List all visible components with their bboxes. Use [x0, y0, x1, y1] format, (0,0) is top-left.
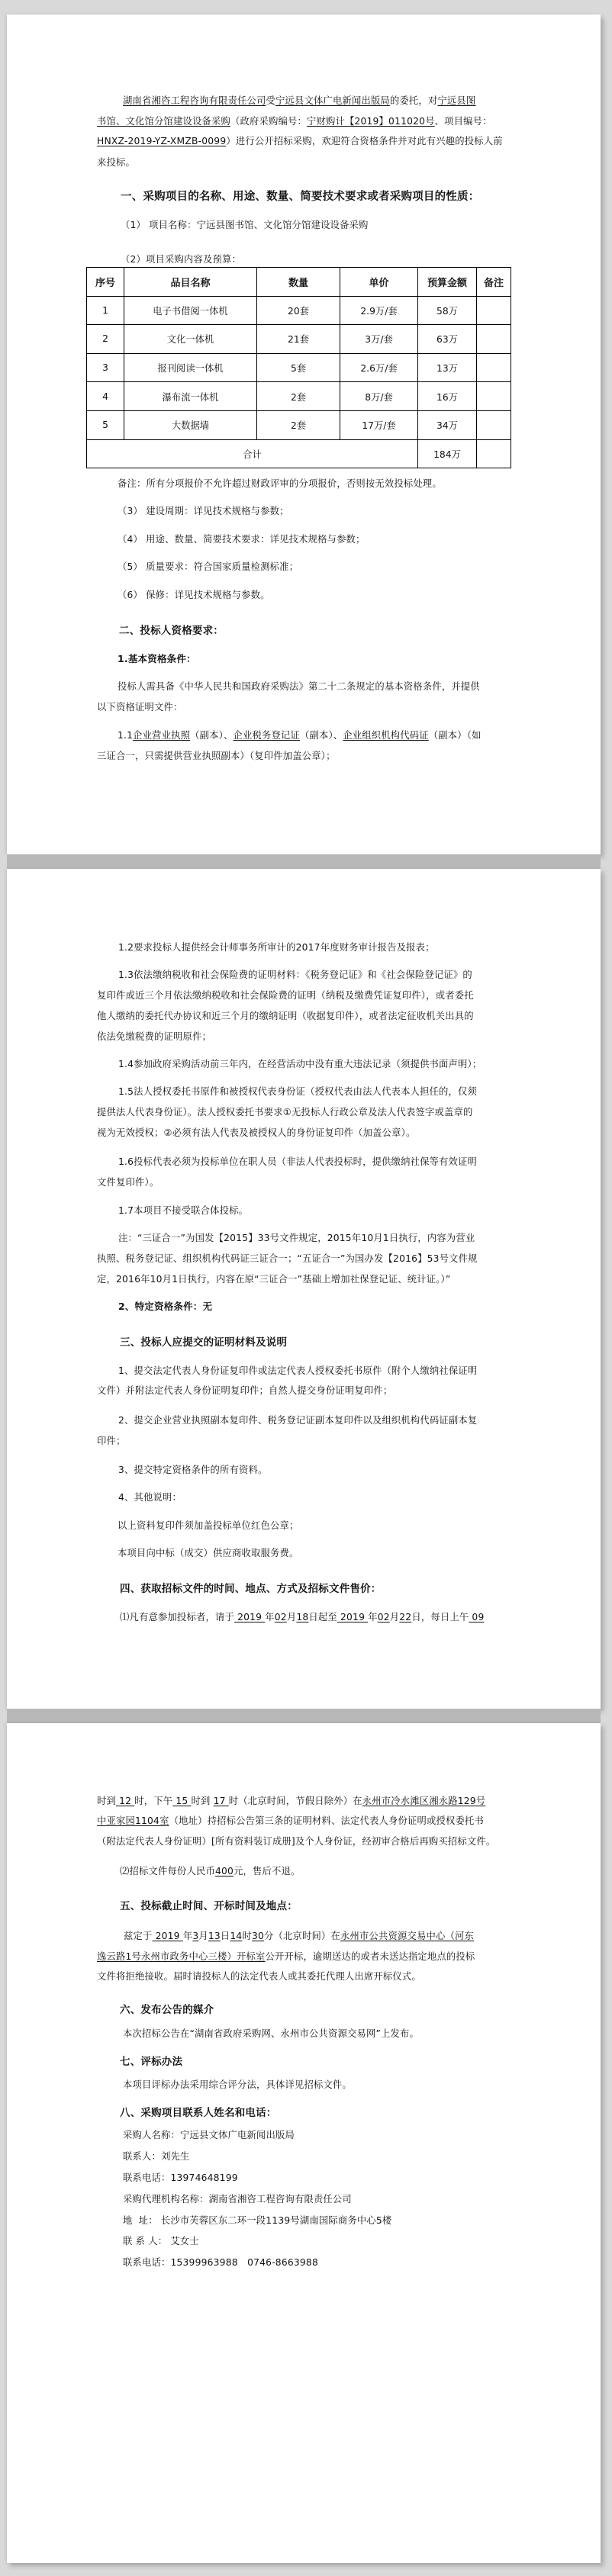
section-6-heading: 六、发布公告的媒介 [120, 2003, 214, 2017]
other-note-1: 以上资料复印件须加盖投标单位红色公章； [118, 1520, 298, 1532]
material-2-line-2: 印件； [97, 1435, 126, 1447]
basic-qualification-title: 1.基本资格条件： [118, 653, 196, 665]
budget-caption: （2）项目采购内容及预算： [121, 253, 241, 265]
client-name: 宁远县文体广电新闻出版局 [275, 95, 390, 106]
total-label: 合计 [87, 439, 418, 468]
material-2-line-1: 2、提交企业营业执照副本复印件、税务登记证副本复印件以及组织机构代码证副本复 [118, 1414, 477, 1426]
section-1-heading: 一、采购项目的名称、用途、数量、简要技术要求或者采购项目的性质： [121, 190, 479, 204]
clause-1-6-line-2: 文件复印件）。 [97, 1176, 159, 1188]
evaluation-text: 本项目评标办法采用综合评分法，具体详见招标文件。 [123, 2079, 352, 2091]
clause-1-1-line-1: 1.1企业营业执照（副本）、企业税务登记证（副本）、企业组织机构代码证（副本）（… [118, 729, 482, 741]
obtain-docs-line-2: 时到 12 时，下午 15 时到 17 时（北京时间，节假日除外）在永州市冷水滩… [97, 1795, 485, 1807]
item-warranty: （6） 保修：详见技术规格与参数。 [118, 589, 270, 601]
item-construction-period: （3） 建设周期：详见技术规格与参数； [118, 505, 289, 517]
intro-line-4: 来投标。 [97, 156, 135, 169]
total-value: 184万 [418, 439, 477, 468]
clause-1-5-line-3: 视为无效授权；②必须有法人代表及被授权人的身份证复印件（加盖公章）。 [97, 1127, 415, 1139]
obtain-docs-line-3: 中亚家园1104室（地址）持招标公告第三条的证明材料、法定代表人身份证明或授权委… [97, 1815, 484, 1827]
project-number: HNXZ-2019-YZ-XMZB-0099 [97, 136, 226, 146]
agency-name-line: 采购代理机构名称：湖南省湘咨工程咨询有限责任公司 [123, 2193, 352, 2205]
purchaser-name: 采购人名称：宁远县文体广电新闻出版局 [123, 2129, 295, 2141]
purchaser-phone: 联系电话：13974648199 [123, 2172, 238, 2184]
table-row: 2 文化一体机 21套 3万/套 63万 [87, 325, 511, 354]
clause-1-2: 1.2要求投标人提供经会计师事务所审计的2017年度财务审计报告及报表； [118, 941, 435, 954]
agency-contact: 联 系 人： 艾女士 [123, 2235, 199, 2247]
clause-1-7: 1.7本项目不接受联合体投标。 [118, 1204, 248, 1217]
project-name-cont: 书馆、文化馆分馆建设设备采购 [97, 116, 230, 127]
other-note-2: 本项目向中标（成交）供应商收取服务费。 [118, 1547, 298, 1559]
agency-address: 地 址： 长沙市芙蓉区东二环一段1139号湖南国际商务中心5楼 [123, 2214, 391, 2227]
bid-opening-line-2: 逸云路1号永州市政务中心三楼）开标室公开开标，逾期送达的或者未送达指定地点的投标 [97, 1950, 475, 1963]
table-total-row: 合计 184万 [87, 439, 511, 468]
page-3 [7, 1723, 601, 2563]
note-line-1: 注：“三证合一”为国发【2015】33号文件规定，2015年10月1日执行，内容… [118, 1232, 475, 1244]
table-row: 3 报刊阅读一体机 5套 2.6万/套 13万 [87, 353, 511, 382]
section-7-heading: 七、评标办法 [120, 2055, 182, 2069]
clause-1-6-line-1: 1.6投标代表必须为投标单位在职人员（非法人代表投标时，提供缴纳社保等有效证明 [118, 1156, 477, 1168]
budget-remark: 备注：所有分项报价不允许超过财政评审的分项报价，否则按无效投标处理。 [118, 478, 442, 490]
project-name-item: （1） 项目名称：宁远县图书馆、文化馆分馆建设设备采购 [121, 219, 369, 231]
project-name: 宁远县图 [437, 95, 475, 106]
material-4: 4、其他说明： [118, 1491, 182, 1503]
bid-opening-line-1: 兹定于 2019 年3月13日14时30分（北京时间）在永州市公共资源交易中心（… [124, 1930, 474, 1942]
table-row: 5 大数据墙 2套 17万/套 34万 [87, 410, 511, 439]
qualification-intro-2: 以下资格证明文件： [97, 701, 182, 713]
material-1-line-2: 文件）并附法定代表人身份证明复印件；自然人提交身份证明复印件； [97, 1384, 392, 1397]
table-row: 1 电子书借阅一体机 20套 2.9万/套 58万 [87, 296, 511, 325]
clause-1-5-line-1: 1.5法人授权委托书原件和被授权代表身份证（授权代表由法人代表本人担任的，仅须 [118, 1085, 477, 1098]
table-header-row: 序号 品目名称 数量 单价 预算金额 备注 [87, 268, 511, 297]
header-item-name: 品目名称 [124, 268, 257, 297]
bid-opening-line-3: 文件将拒绝接收。届时请投标人的法定代表人或其委托代理人出席开标仪式。 [97, 1970, 421, 1983]
material-3: 3、提交特定资格条件的所有资料。 [118, 1464, 267, 1476]
special-qualification: 2、特定资格条件：无 [118, 1301, 212, 1313]
clause-1-3-line-1: 1.3依法缴纳税收和社会保险费的证明材料：《税务登记证》和《社会保险登记证》的 [118, 969, 472, 981]
bid-opening-place: 永州市公共资源交易中心（河东 [340, 1931, 474, 1941]
document-price: ⑵招标文件每份人民币400元，售后不退。 [120, 1865, 301, 1877]
item-usage: （4） 用途、数量、简要技术要求：详见技术规格与参数； [118, 533, 366, 545]
gov-procurement-number: 宁财购计【2019】011020号 [307, 116, 435, 127]
section-5-heading: 五、投标截止时间、开标时间及地点： [120, 1899, 298, 1913]
page-gap [7, 854, 601, 869]
header-budget: 预算金额 [418, 268, 477, 297]
header-remark: 备注 [477, 268, 511, 297]
material-1-line-1: 1、提交法定代表人身份证复印件或法定代表人授权委托书原件（附个人缴纳社保证明 [118, 1365, 477, 1377]
header-unit-price: 单价 [340, 268, 418, 297]
section-4-heading: 四、获取招标文件的时间、地点、方式及招标文件售价： [120, 1582, 382, 1596]
budget-table: 序号 品目名称 数量 单价 预算金额 备注 1 电子书借阅一体机 20套 2.9… [86, 267, 511, 468]
clause-1-1-line-2: 三证合一，只需提供营业执照副本）（复印件加盖公章）； [97, 750, 336, 762]
note-line-2: 执照、税务登记证、组织机构代码证三证合一；“五证合一”为国办发【2016】53号… [97, 1253, 478, 1265]
section-8-heading: 八、采购项目联系人姓名和电话： [120, 2106, 277, 2120]
table-row: 4 瀑布流一体机 2套 8万/套 16万 [87, 382, 511, 411]
intro-line-2: 书馆、文化馆分馆建设设备采购（政府采购编号：宁财购计【2019】011020号、… [97, 115, 492, 127]
clause-1-3-line-3: 他人缴纳的委托代办协议和近三个月的缴纳证明（收据复印件），或者法定征收机关出具的 [97, 1010, 474, 1022]
intro-line-1: 湖南省湘咨工程咨询有限责任公司受宁远县文体广电新闻出版局的委托，对宁远县图 [123, 95, 475, 107]
document-pickup-address: 永州市冷水滩区湘永路129号 [362, 1796, 486, 1806]
section-2-heading: 二、投标人资格要求： [119, 624, 224, 638]
purchaser-contact: 联系人：刘先生 [123, 2150, 189, 2163]
obtain-docs-line-1: ⑴凡有意参加投标者，请于 2019 年02月18日起至 2019 年02月22日… [120, 1611, 484, 1623]
clause-1-4: 1.4参加政府采购活动前三年内，在经营活动中没有重大违法记录（须提供书面声明）； [118, 1058, 482, 1070]
price-value: 400 [215, 1866, 234, 1877]
obtain-docs-line-4: （附法定代表人身份证明）[所有资料装订成册]及个人身份证，经初审合格后再购买招标… [97, 1835, 495, 1848]
clause-1-5-line-2: 提供法人代表身份证）。法人授权委托书要求①无投标人行政公章及法人代表签字或盖章的 [97, 1106, 472, 1118]
agency-name: 湖南省湘咨工程咨询有限责任公司 [123, 95, 266, 106]
intro-line-3: HNXZ-2019-YZ-XMZB-0099）进行公开招标采购，欢迎符合资格条件… [97, 135, 503, 147]
header-quantity: 数量 [257, 268, 340, 297]
section-3-heading: 三、投标人应提交的证明材料及说明 [120, 1336, 287, 1349]
qualification-intro-1: 投标人需具备《中华人民共和国政府采购法》第二十二条规定的基本资格条件，并提供 [118, 680, 480, 693]
page-gap [7, 1709, 601, 1723]
media-text: 本次招标公告在“湖南省政府采购网、永州市公共资源交易网”上发布。 [123, 2028, 419, 2040]
clause-1-3-line-4: 依法免缴税费的证明原件； [97, 1031, 211, 1043]
note-line-3: 定，2016年10月1日执行，内容在原“三证合一”基础上增加社保登记证、统计证。… [97, 1273, 450, 1285]
item-quality: （5） 质量要求：符合国家质量检测标准； [118, 561, 298, 573]
clause-1-3-line-2: 复印件或近三个月依法缴纳税收和社会保险费的证明（纳税及缴费凭证复印件），或者委托 [97, 989, 474, 1002]
agency-phone: 联系电话：15399963988 0746-8663988 [123, 2256, 318, 2269]
header-index: 序号 [87, 268, 124, 297]
